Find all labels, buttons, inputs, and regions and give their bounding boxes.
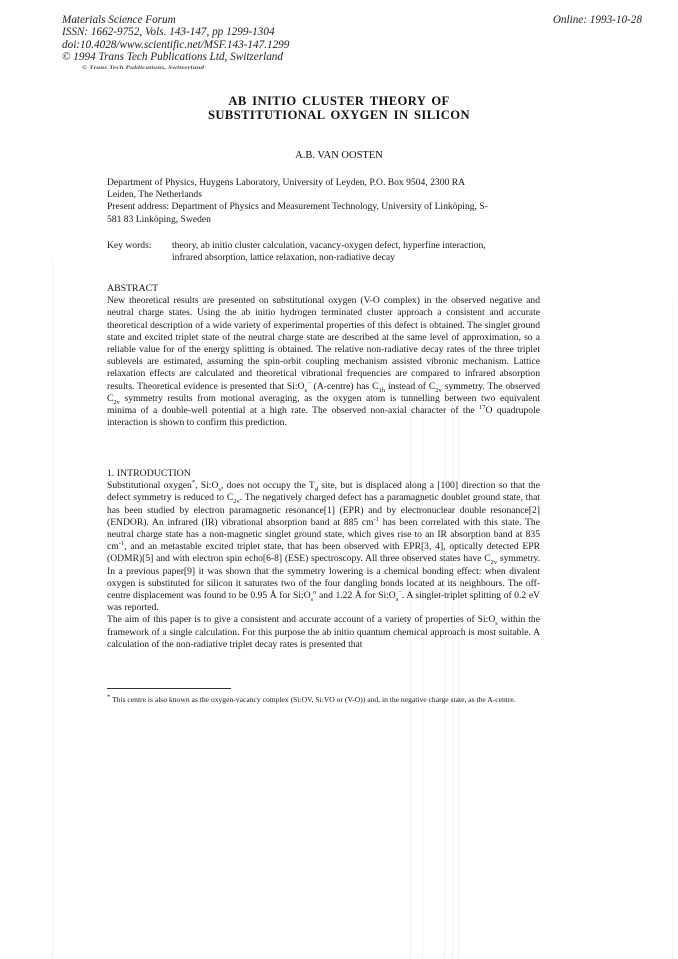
- watermark-line: [458, 380, 459, 959]
- abstract-text: New theoretical results are presented on…: [107, 295, 540, 429]
- footnote-divider: [107, 688, 231, 689]
- journal-name: Materials Science Forum: [62, 14, 289, 26]
- watermark-line: [52, 260, 53, 959]
- footnote: * This centre is also known as the oxyge…: [107, 694, 540, 707]
- copyright-line: © 1994 Trans Tech Publications Ltd, Swit…: [62, 51, 289, 63]
- watermark-line: [452, 380, 453, 959]
- doi-line: doi:10.4028/www.scientific.net/MSF.143-1…: [62, 39, 289, 51]
- abstract-section: ABSTRACT New theoretical results are pre…: [107, 283, 540, 429]
- scan-ghost-line: © Trans Tech Publications, Switzerland: [82, 65, 204, 71]
- title-line-1: AB INITIO CLUSTER THEORY OF: [0, 95, 678, 109]
- present-address-line-2: 581 83 Linköping, Sweden: [107, 214, 540, 226]
- abstract-heading: ABSTRACT: [107, 283, 540, 295]
- journal-header: Materials Science Forum ISSN: 1662-9752,…: [62, 14, 289, 63]
- issn-line: ISSN: 1662-9752, Vols. 143-147, pp 1299-…: [62, 26, 289, 38]
- introduction-paragraph-2: The aim of this paper is to give a consi…: [107, 614, 540, 651]
- keywords-label: Key words:: [107, 240, 172, 264]
- introduction-heading: 1. INTRODUCTION: [107, 468, 540, 480]
- watermark-line: [410, 380, 411, 959]
- affiliation: Department of Physics, Huygens Laborator…: [107, 177, 540, 226]
- title-line-2: SUBSTITUTIONAL OXYGEN IN SILICON: [0, 109, 678, 123]
- introduction-section: 1. INTRODUCTION Substitutional oxygen*, …: [107, 468, 540, 651]
- paper-title: AB INITIO CLUSTER THEORY OF SUBSTITUTION…: [0, 95, 678, 122]
- present-address-line-1: Present address: Department of Physics a…: [107, 201, 540, 213]
- watermark-line: [444, 380, 445, 959]
- keywords: Key words: theory, ab initio cluster cal…: [107, 240, 540, 264]
- keywords-line-2: infrared absorption, lattice relaxation,…: [172, 252, 540, 264]
- watermark-line: [672, 300, 673, 959]
- affiliation-line-1: Department of Physics, Huygens Laborator…: [107, 177, 540, 189]
- author: A.B. VAN OOSTEN: [0, 150, 678, 161]
- online-date: Online: 1993-10-28: [553, 14, 642, 26]
- keywords-text: theory, ab initio cluster calculation, v…: [172, 240, 540, 264]
- affiliation-line-2: Leiden, The Netherlands: [107, 189, 540, 201]
- introduction-paragraph-1: Substitutional oxygen*, Si:Os, does not …: [107, 480, 540, 614]
- watermark-line: [422, 380, 423, 959]
- keywords-line-1: theory, ab initio cluster calculation, v…: [172, 240, 540, 252]
